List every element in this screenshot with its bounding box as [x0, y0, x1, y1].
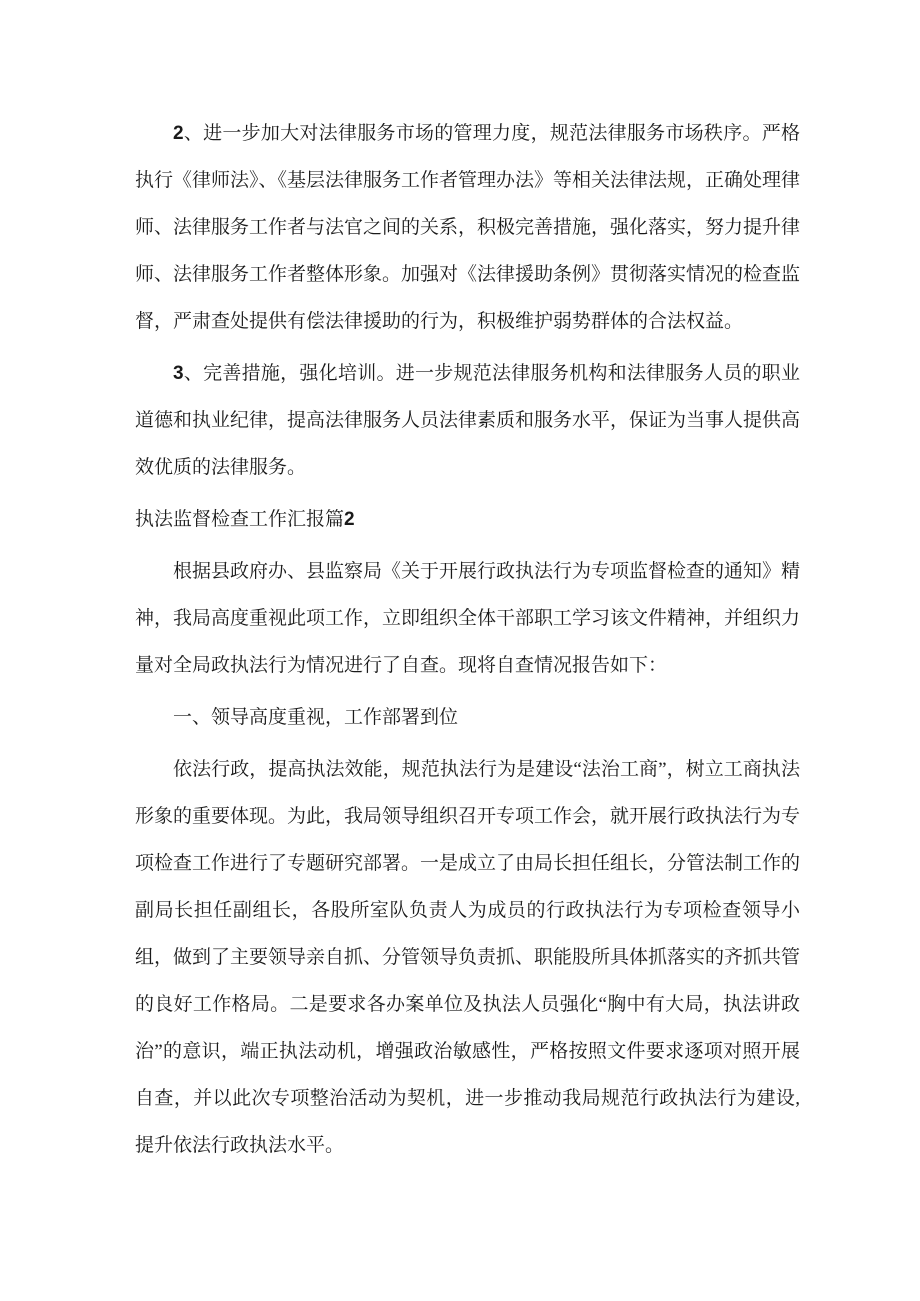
paragraph-text: 一、领导高度重视，工作部署到位 — [173, 707, 458, 728]
section-heading-number: 2 — [344, 509, 355, 530]
paragraph-body-1: 依法行政，提高执法效能，规范执法行为是建设“法治工商”，树立工商执法形象的重要体… — [135, 746, 800, 1169]
paragraph-text: 依法行政，提高执法效能，规范执法行为是建设“法治工商”，树立工商执法形象的重要体… — [135, 759, 800, 1156]
paragraph-intro: 根据县政府办、县监察局《关于开展行政执法行为专项监督检查的通知》精神，我局高度重… — [135, 548, 800, 689]
paragraph-item-2: 2、进一步加大对法律服务市场的管理力度，规范法律服务市场秩序。严格执行《律师法》… — [135, 110, 800, 345]
paragraph-text: 完善措施，强化培训。进一步规范法律服务机构和法律服务人员的职业道德和执业纪律，提… — [135, 363, 800, 478]
list-number-separator: 、 — [184, 363, 204, 384]
document-text-block: 2、进一步加大对法律服务市场的管理力度，规范法律服务市场秩序。严格执行《律师法》… — [135, 110, 800, 1174]
list-number-separator: 、 — [184, 123, 204, 144]
list-number-2: 2 — [173, 123, 184, 144]
paragraph-text: 根据县政府办、县监察局《关于开展行政执法行为专项监督检查的通知》精神，我局高度重… — [135, 561, 800, 676]
section-heading: 执法监督检查工作汇报篇2 — [135, 496, 800, 543]
document-page: 2、进一步加大对法律服务市场的管理力度，规范法律服务市场秩序。严格执行《律师法》… — [0, 0, 920, 1301]
list-number-3: 3 — [173, 363, 184, 384]
paragraph-subheading-1: 一、领导高度重视，工作部署到位 — [135, 694, 800, 741]
section-heading-text: 执法监督检查工作汇报篇 — [135, 509, 344, 530]
paragraph-item-3: 3、完善措施，强化培训。进一步规范法律服务机构和法律服务人员的职业道德和执业纪律… — [135, 350, 800, 491]
paragraph-text: 进一步加大对法律服务市场的管理力度，规范法律服务市场秩序。严格执行《律师法》、《… — [135, 123, 800, 332]
